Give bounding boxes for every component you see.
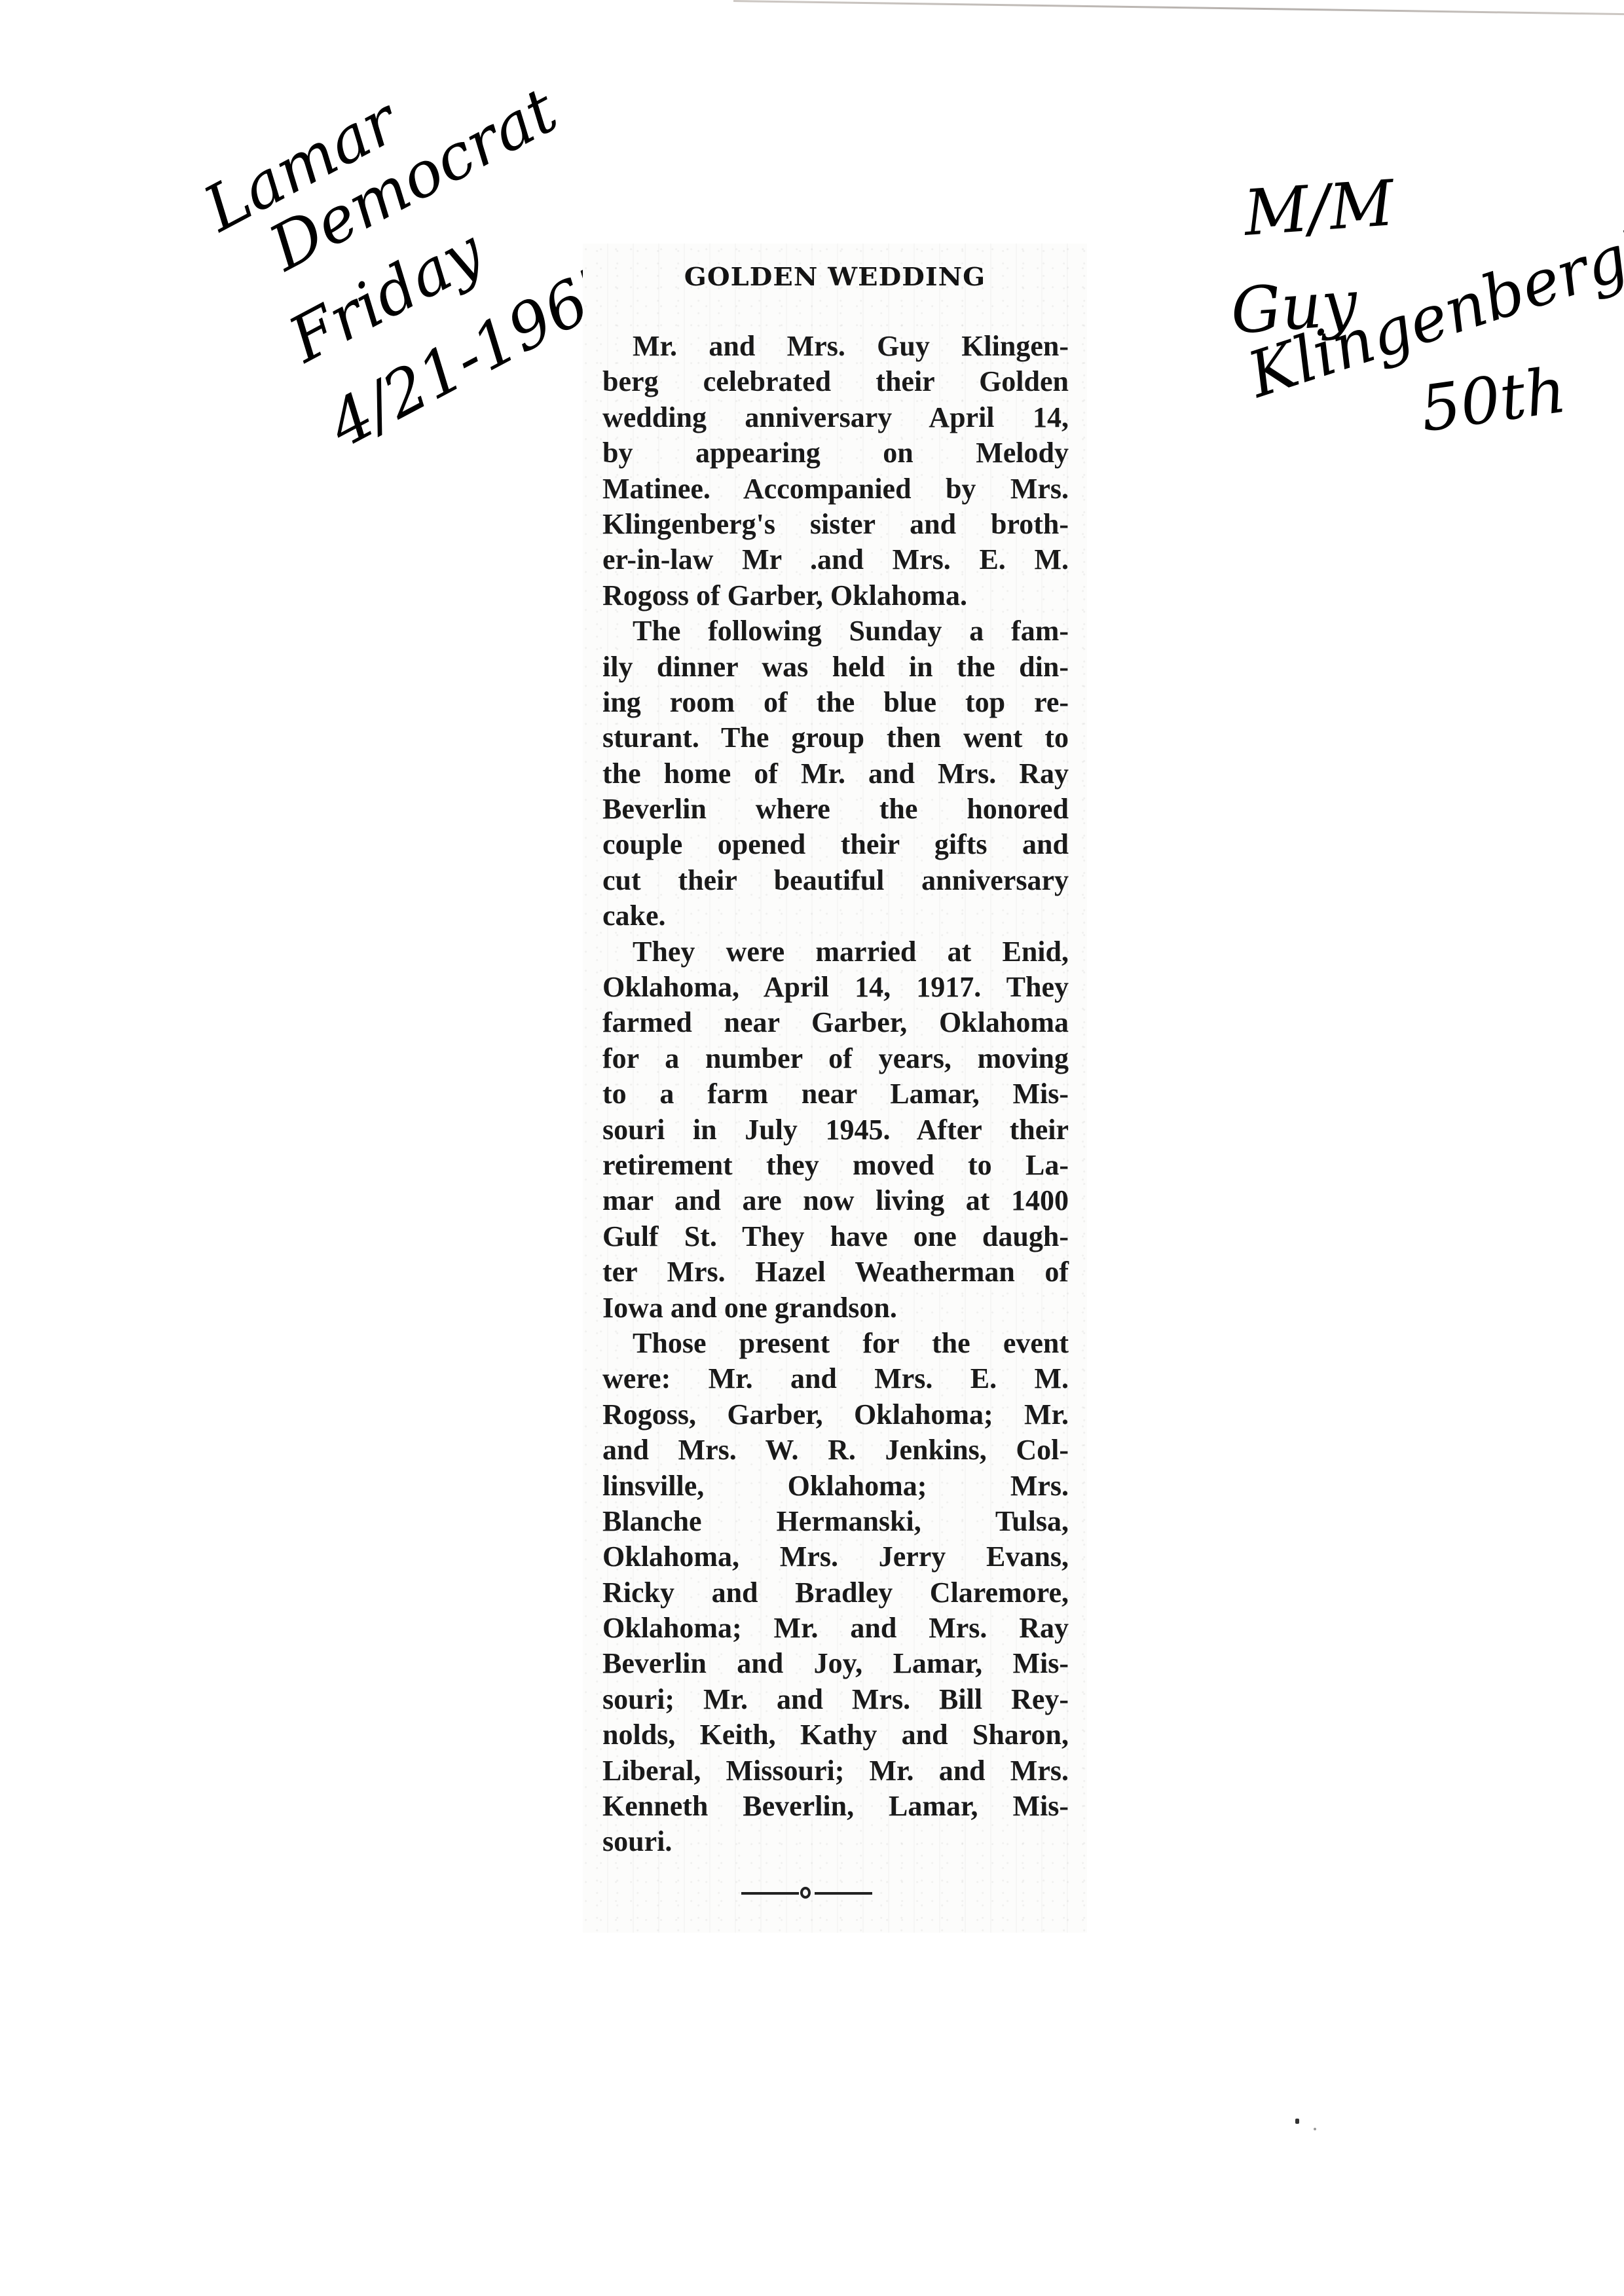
article-line: sturant. The group then went to bbox=[602, 720, 1069, 756]
article-line: the home of Mr. and Mrs. Ray bbox=[602, 756, 1069, 792]
article-line: Gulf St. They have one daugh- bbox=[602, 1219, 1069, 1254]
article-line: Those present for the event bbox=[602, 1326, 1069, 1361]
scan-speck bbox=[1295, 2119, 1299, 2124]
article-line: cake. bbox=[602, 898, 1069, 934]
article-line: They were married at Enid, bbox=[602, 934, 1069, 970]
scan-speck bbox=[1314, 2128, 1316, 2130]
article-line: ily dinner was held in the din- bbox=[602, 649, 1069, 685]
article-line: Kenneth Beverlin, Lamar, Mis- bbox=[602, 1789, 1069, 1824]
divider-bar bbox=[815, 1892, 872, 1895]
article-line: Beverlin and Joy, Lamar, Mis- bbox=[602, 1646, 1069, 1681]
article-line: were: Mr. and Mrs. E. M. bbox=[602, 1361, 1069, 1396]
article-line: and Mrs. W. R. Jenkins, Col- bbox=[602, 1432, 1069, 1468]
article-line: Rogoss of Garber, Oklahoma. bbox=[602, 578, 1069, 613]
article-body: Mr. and Mrs. Guy Klingen-berg celebrated… bbox=[602, 329, 1069, 1860]
article-line: mar and are now living at 1400 bbox=[602, 1183, 1069, 1218]
article-line: Klingenberg's sister and broth- bbox=[602, 507, 1069, 542]
article-line: nolds, Keith, Kathy and Sharon, bbox=[602, 1717, 1069, 1753]
article-line: Mr. and Mrs. Guy Klingen- bbox=[602, 329, 1069, 364]
note-line: 50th bbox=[1416, 354, 1570, 446]
article-line: ter Mrs. Hazel Weatherman of bbox=[602, 1254, 1069, 1290]
article-line: Oklahoma; Mr. and Mrs. Ray bbox=[602, 1611, 1069, 1646]
scan-edge-line bbox=[733, 0, 1624, 15]
article-line: Oklahoma, Mrs. Jerry Evans, bbox=[602, 1539, 1069, 1575]
article-line: er-in-law Mr .and Mrs. E. M. bbox=[602, 542, 1069, 577]
article-line: by appearing on Melody bbox=[602, 435, 1069, 471]
end-of-article-mark bbox=[741, 1888, 872, 1899]
article-line: wedding anniversary April 14, bbox=[602, 400, 1069, 435]
article-line: linsville, Oklahoma; Mrs. bbox=[602, 1468, 1069, 1504]
article-line: souri in July 1945. After their bbox=[602, 1112, 1069, 1148]
article-line: Blanche Hermanski, Tulsa, bbox=[602, 1504, 1069, 1539]
handwritten-note-subject: M/M Guy Klingenberg's 50th bbox=[1231, 177, 1598, 452]
article-line: couple opened their gifts and bbox=[602, 827, 1069, 862]
article-line: Oklahoma, April 14, 1917. They bbox=[602, 970, 1069, 1005]
article-line: Iowa and one grandson. bbox=[602, 1290, 1069, 1326]
article-line: souri. bbox=[602, 1824, 1069, 1859]
article-line: for a number of years, moving bbox=[602, 1041, 1069, 1076]
divider-ring-icon bbox=[800, 1887, 811, 1899]
note-line: M/M bbox=[1242, 166, 1396, 250]
article-line: The following Sunday a fam- bbox=[602, 613, 1069, 649]
article-line: Ricky and Bradley Claremore, bbox=[602, 1575, 1069, 1611]
article-line: to a farm near Lamar, Mis- bbox=[602, 1076, 1069, 1112]
article-line: farmed near Garber, Oklahoma bbox=[602, 1005, 1069, 1040]
article-line: berg celebrated their Golden bbox=[602, 364, 1069, 399]
divider-bar bbox=[741, 1892, 799, 1895]
article-line: Matinee. Accompanied by Mrs. bbox=[602, 471, 1069, 507]
article-line: Beverlin where the honored bbox=[602, 792, 1069, 827]
article-line: ing room of the blue top re- bbox=[602, 685, 1069, 720]
article-headline: GOLDEN WEDDING bbox=[570, 262, 1100, 291]
article-line: cut their beautiful anniversary bbox=[602, 863, 1069, 898]
article-line: retirement they moved to La- bbox=[602, 1148, 1069, 1183]
article-line: Liberal, Missouri; Mr. and Mrs. bbox=[602, 1753, 1069, 1789]
article-line: Rogoss, Garber, Oklahoma; Mr. bbox=[602, 1397, 1069, 1432]
article-line: souri; Mr. and Mrs. Bill Rey- bbox=[602, 1682, 1069, 1717]
handwritten-note-source: Lamar Democrat Friday 4/21-1967 bbox=[196, 177, 563, 452]
newspaper-clipping: GOLDEN WEDDING Mr. and Mrs. Guy Klingen-… bbox=[583, 244, 1087, 1933]
